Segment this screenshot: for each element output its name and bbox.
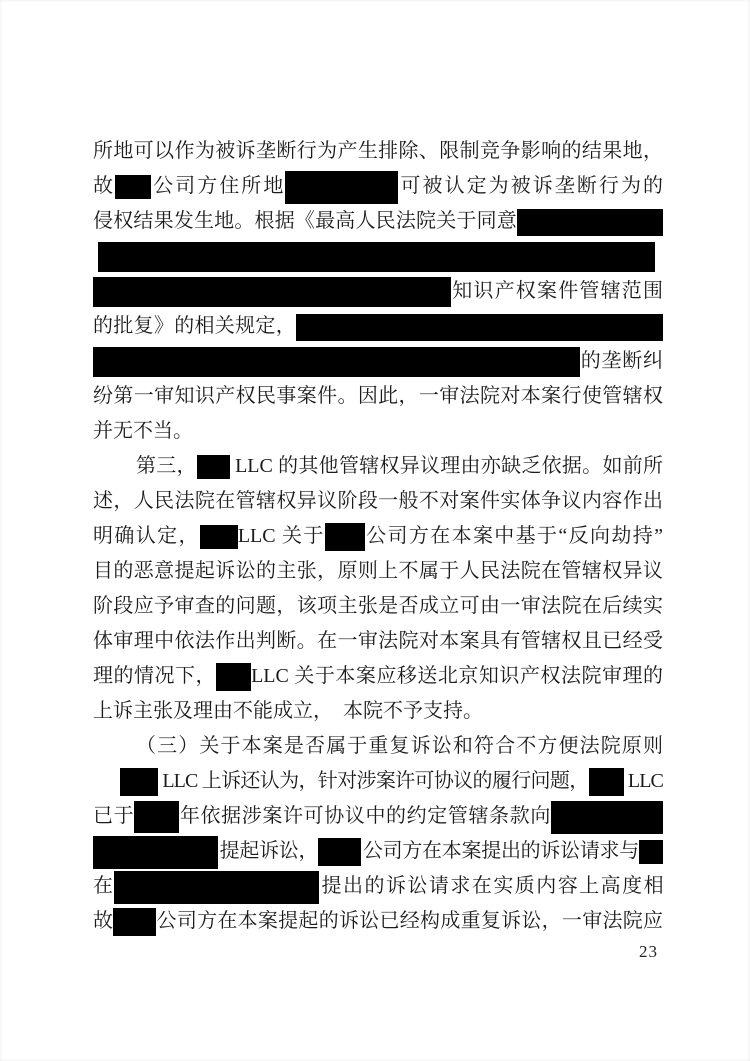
redaction-bar — [114, 871, 319, 904]
text-run: 理的情况下， — [93, 665, 216, 687]
text-line: 提起诉讼，公司方在本案提出的诉讼请求与 LLC — [93, 834, 663, 869]
text-line: 第三， LLC 的其他管辖权异议理由亦缺乏依据。如前所 — [93, 449, 663, 484]
redaction-bar — [120, 768, 158, 796]
text-run: 故 — [93, 175, 115, 197]
text-run: 公司方在本案中基于“反向劫持” — [365, 525, 663, 547]
text-run: 在 — [93, 875, 114, 897]
redaction-bar — [296, 314, 663, 341]
text-run: 阶段应予审查的问题，该项主张是否成立可由一审法院在后续实 — [93, 595, 663, 617]
text-line: 所地可以作为被诉垄断行为产生排除、限制竞争影响的结果地， — [93, 134, 663, 169]
text-run: 故 — [93, 910, 113, 932]
text-line: 的批复》的相关规定， — [93, 309, 663, 344]
text-line: 已于年依据涉案许可协议中的约定管辖条款向 — [93, 799, 663, 834]
redaction-bar — [197, 455, 230, 479]
redaction-bar — [318, 838, 361, 866]
redaction-bar — [113, 908, 156, 936]
text-line: 上诉主张及理由不能成立， 本院不予支持。 — [93, 694, 663, 729]
redaction-bar — [115, 175, 151, 199]
text-run: 的批复》的相关规定， — [93, 315, 296, 337]
text-run: 的垄断纠 — [580, 350, 663, 372]
text-line: 并无不当。 — [93, 414, 663, 449]
text-run: 述，人民法院在管辖权异议阶段一般不对案件实体争议内容作出 — [93, 490, 663, 512]
text-run: 可被认定为被诉垄断行为的 — [398, 175, 663, 197]
text-run: 并无不当。 — [93, 420, 193, 442]
text-line: 故公司方在本案提起的诉讼已经构成重复诉讼，一审法院应 — [93, 904, 663, 939]
redaction-bar — [325, 523, 365, 551]
text-run: 年依据涉案许可协议中的约定管辖条款向 — [179, 805, 551, 827]
text-run: 公司方住所地 — [151, 175, 285, 197]
redaction-bar — [517, 209, 663, 236]
text-run: 明确认定， — [93, 525, 200, 547]
redaction-bar — [200, 525, 238, 549]
page-number: 23 — [639, 942, 658, 962]
text-line: 阶段应予审查的问题，该项主张是否成立可由一审法院在后续实 — [93, 589, 663, 624]
text-run: 侵权结果发生地。根据《最高人民法院关于同意 — [93, 210, 517, 232]
redaction-bar — [589, 768, 624, 796]
redaction-bar — [216, 663, 251, 691]
redaction-bar — [134, 801, 179, 833]
text-run: LLC 关于 — [238, 525, 325, 547]
text-run: 上诉主张及理由不能成立， 本院不予支持。 — [93, 700, 483, 722]
text-run: 提起诉讼， — [218, 840, 318, 862]
text-run: LLC 的其他管辖权异议理由亦缺乏依据。如前所 — [230, 455, 663, 477]
text-line — [93, 239, 663, 274]
redaction-bar — [639, 840, 663, 864]
text-line: 理的情况下，LLC 关于本案应移送北京知识产权法院审理的 — [93, 659, 663, 694]
redaction-bar — [551, 801, 663, 834]
text-run: 所地可以作为被诉垄断行为产生排除、限制竞争影响的结果地， — [93, 140, 663, 162]
scanned-document-page: 所地可以作为被诉垄断行为产生排除、限制竞争影响的结果地，故公司方住所地可被认定为… — [0, 0, 750, 1061]
text-run: 知识产权案件管辖范围 — [451, 280, 663, 302]
text-line: 目的恶意提起诉讼的主张，原则上不属于人民法院在管辖权异议 — [93, 554, 663, 589]
text-run: LLC — [624, 770, 663, 792]
text-line: 故公司方住所地可被认定为被诉垄断行为的 — [93, 169, 663, 204]
document-text: 所地可以作为被诉垄断行为产生排除、限制竞争影响的结果地，故公司方住所地可被认定为… — [93, 134, 663, 939]
text-run: 目的恶意提起诉讼的主张，原则上不属于人民法院在管辖权异议 — [93, 560, 663, 582]
text-line: 在提出的诉讼请求在实质内容上高度相同， — [93, 869, 663, 904]
text-line: 侵权结果发生地。根据《最高人民法院关于同意 — [93, 204, 663, 239]
redaction-bar — [98, 242, 655, 272]
text-line: 纷第一审知识产权民事案件。因此，一审法院对本案行使管辖权 — [93, 379, 663, 414]
text-run: 公司方在本案提出的诉讼请求与 — [361, 840, 639, 862]
redaction-bar — [93, 347, 580, 377]
text-run: LLC 上诉还认为，针对涉案许可协议的履行问题， — [158, 770, 589, 792]
text-line: LLC 上诉还认为，针对涉案许可协议的履行问题， LLC — [93, 764, 663, 799]
text-run: 已于 — [93, 805, 134, 827]
text-run: 公司方在本案提起的诉讼已经构成重复诉讼，一审法院应 — [156, 910, 663, 932]
text-line: 明确认定，LLC 关于公司方在本案中基于“反向劫持” — [93, 519, 663, 554]
text-run: 体审理中依法作出判断。在一审法院对本案具有管辖权且已经受 — [93, 630, 663, 652]
text-line: 述，人民法院在管辖权异议阶段一般不对案件实体争议内容作出 — [93, 484, 663, 519]
text-run: 纷第一审知识产权民事案件。因此，一审法院对本案行使管辖权 — [93, 385, 663, 407]
text-run: （三）关于本案是否属于重复诉讼和符合不方便法院原则 — [136, 735, 663, 757]
text-line: （三）关于本案是否属于重复诉讼和符合不方便法院原则 — [93, 729, 663, 764]
text-run: 第三， — [136, 455, 197, 477]
redaction-bar — [285, 171, 398, 204]
text-line: 的垄断纠 — [93, 344, 663, 379]
redaction-bar — [93, 277, 451, 307]
text-line: 知识产权案件管辖范围 — [93, 274, 663, 309]
text-line: 体审理中依法作出判断。在一审法院对本案具有管辖权且已经受 — [93, 624, 663, 659]
text-run: LLC 关于本案应移送北京知识产权法院审理的 — [251, 665, 663, 687]
redaction-bar — [93, 836, 218, 869]
